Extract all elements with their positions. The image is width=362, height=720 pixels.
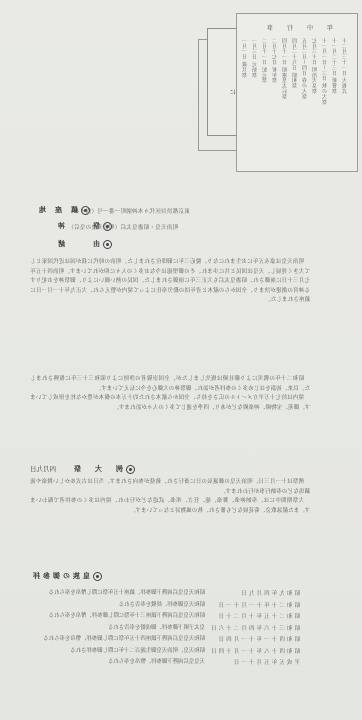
event-entry: 二月十一日 紀元祭: [263, 38, 268, 83]
festival-paragraph: 例祭は十一月三日、明治天皇の御誕辰の日に斎行され、勅使が参向されます。当日は古式…: [30, 478, 310, 497]
history-text: 明治天皇は嘉永五年にお生まれになり、慶応三年に御即位されました。明治の時代に我が…: [30, 258, 310, 306]
annual-events-box: 年 中 行 事 一月一日 歳旦祭 一月三日 元始祭 二月十一日 紀元祭 二月十七…: [236, 13, 358, 172]
event-entry: 七月三十日 明治天皇祭: [313, 38, 318, 94]
festival-heading: 例大祭四月九日: [30, 464, 135, 474]
visit-row: 平成五年五月十一日天皇皇后両陛下御参拝、幣帛を奉られる: [30, 658, 300, 668]
location-value: 東京都渋谷区代々木神園町一番一号（代々木）: [68, 207, 190, 215]
festival-text: 例祭は十一月三日、明治天皇の御誕辰の日に斎行され、勅使が参向されます。当日は古式…: [30, 478, 310, 516]
visit-row: 昭和二十年十一月十一日昭和天皇御参拝、終戦を奉告される: [30, 601, 300, 611]
event-entry: 一月三日 元始祭: [253, 38, 258, 78]
event-entry: 五月二日〜四日 春の大祭: [303, 38, 308, 99]
event-entry: 二月十七日 祈年祭: [273, 38, 278, 83]
history-paragraph: 明治天皇は嘉永五年にお生まれになり、慶応三年に御即位されました。明治の時代に我が…: [30, 258, 310, 306]
imperial-visits-list: 昭和九年四月九日昭和天皇皇后両陛下御参拝、鎮座十五年祭に際し幣帛を奉られる 昭和…: [30, 589, 300, 670]
visit-row: 昭和二十五年十月二十日昭和天皇皇后両陛下鎮座三十年祭に際し御参拝、幣帛を奉られる: [30, 612, 300, 622]
event-entry: 十一月一日〜三日 秋の大祭: [323, 38, 328, 105]
events-title: 年 中 行 事: [237, 23, 357, 32]
history-paragraph: 境内は約七十万平方メートルの広さを持ち、全国から献木された約十万本の樹木が豊かな…: [30, 394, 310, 413]
event-entry: 十二月三十一日 大祓式: [343, 38, 348, 94]
deity-value: 明治天皇・昭憲皇太后（明治天皇の皇后）: [68, 223, 178, 231]
visit-row: 昭和四十八年十一月十四日昭和天皇、明治天皇御生誕百二十年に際し御参拝される: [30, 647, 300, 657]
visit-row: 昭和九年四月九日昭和天皇皇后両陛下御参拝、鎮座十五年祭に際し幣帛を奉られる: [30, 589, 300, 599]
bullet-icon: [103, 240, 112, 249]
festival-paragraph: 大祭期間中には、奉納神楽、舞楽、能、狂言、邦楽、武道などが行われ、境内は多くの参…: [30, 497, 310, 516]
document-page: 明治天皇御製 さしのぼる 朝日のごとく さわやかに もたまほしきは 心なりけり …: [0, 0, 362, 720]
event-entry: 四月十一日 昭憲皇太后祭: [283, 38, 288, 99]
history-text-2: 昭和二十年の戦災により御社殿は焼失しましたが、全国崇敬者の浄財により昭和三十三年…: [30, 375, 310, 413]
event-entry: 十一月二十三日 新嘗祭: [333, 38, 338, 94]
visit-row: 昭和四十一年十一月四日昭和天皇皇后両陛下鎮座四十五年祭に際し御参拝、幣帛を奉られ…: [30, 635, 300, 645]
history-paragraph: 昭和二十年の戦災により御社殿は焼失しましたが、全国崇敬者の浄財により昭和三十三年…: [30, 375, 310, 394]
bullet-icon: [93, 572, 102, 581]
history-heading: 由緒: [30, 239, 112, 249]
event-entry: 四月二十九日 昭和祭: [293, 38, 298, 89]
festival-date: 四月九日: [30, 465, 56, 473]
imperial-visits-heading: 皇族の御参拝: [30, 571, 102, 581]
visit-row: 昭和三十六年四月二十六日皇太子殿下御参拝、御成婚を奉告される: [30, 624, 300, 634]
bullet-icon: [126, 465, 135, 474]
event-entry: 一月一日 歳旦祭: [243, 38, 248, 78]
